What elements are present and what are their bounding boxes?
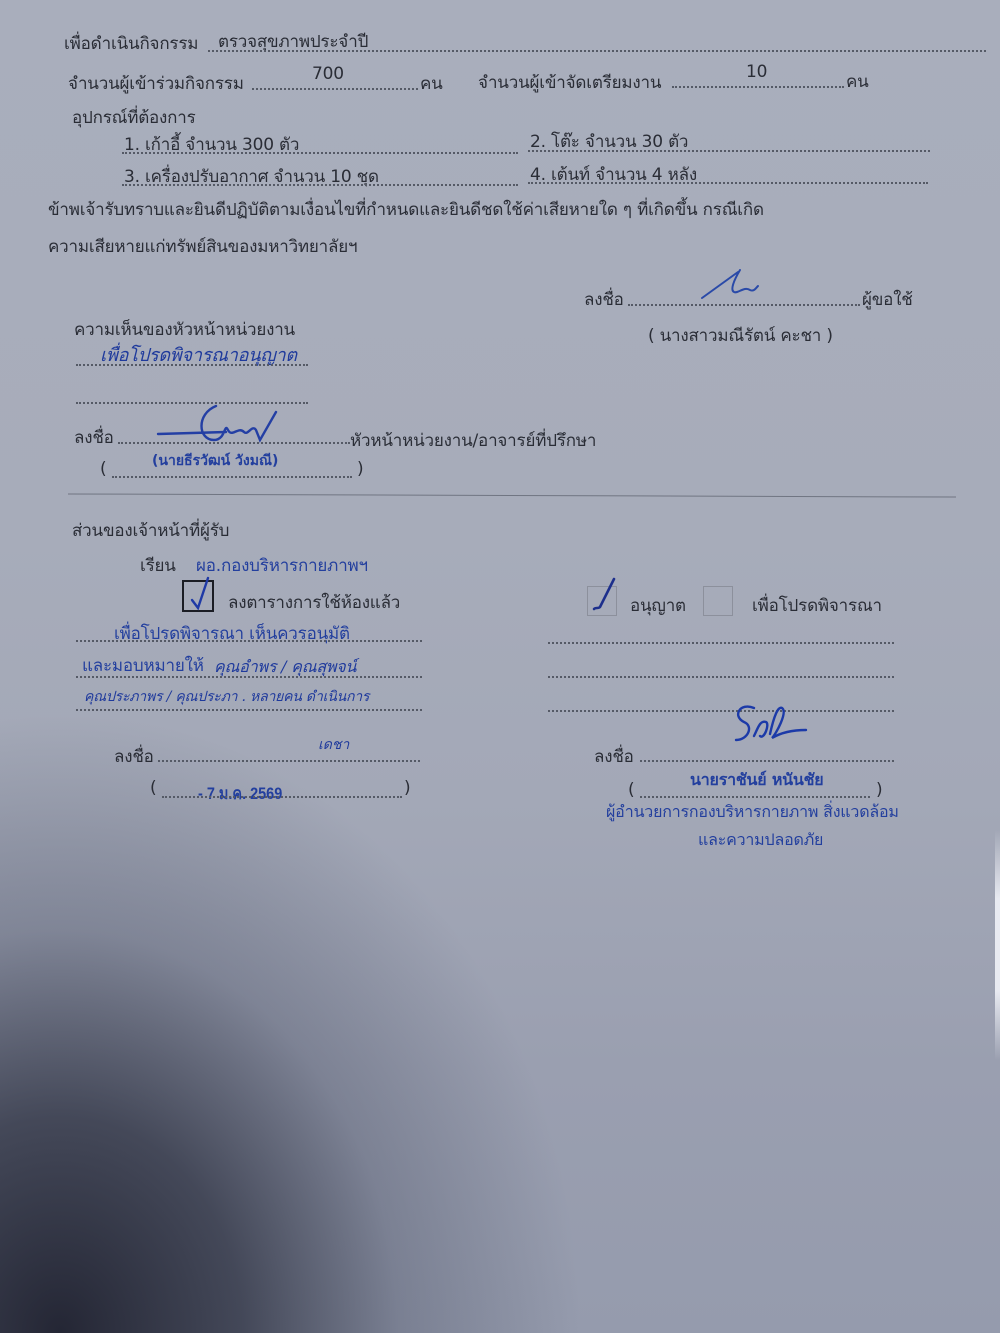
director-title-line1: ผู้อำนวยการกองบริหารกายภาพ สิ่งแวดล้อม [606, 800, 899, 825]
document-page: เพื่อดำเนินกิจกรรม ตรวจสุขภาพประจำปี จำน… [0, 0, 1000, 1333]
receiver-section-title: ส่วนของเจ้าหน้าที่ผู้รับ [72, 517, 229, 544]
receiver-to-value: ผอ.กองบริหารกายภาพฯ [196, 552, 368, 579]
receiver-note-line1: เพื่อโปรดพิจารณา เห็นควรอนุมัติ [114, 620, 350, 647]
paper-edge-highlight [995, 830, 1000, 1060]
receiver-signature: เดชา [318, 734, 349, 756]
requester-sign-label: ลงชื่อ [584, 286, 624, 313]
equipment-label: อุปกรณ์ที่ต้องการ [72, 104, 196, 131]
director-name: นายราชันย์ หนันชัย [690, 768, 823, 793]
receiver-date-open-paren: ( [150, 778, 156, 798]
agreement-text-line1: ข้าพเจ้ารับทราบและยินดีปฏิบัติตามเงื่อนไ… [48, 196, 764, 223]
participants-unit: คน [420, 70, 443, 97]
head-role: หัวหน้าหน่วยงาน/อาจารย์ที่ปรึกษา [350, 427, 596, 454]
consider-checkbox-label: เพื่อโปรดพิจารณา [752, 592, 882, 619]
participants-value: 700 [312, 64, 344, 84]
staff-unit: คน [846, 68, 869, 95]
participants-label: จำนวนผู้เข้าร่วมกิจกรรม [68, 70, 244, 97]
receiver-note-line2-prefix: และมอบหมายให้ [82, 652, 204, 679]
director-name-open-paren: ( [628, 780, 634, 800]
participants-dotted-line [252, 88, 418, 90]
director-signature [730, 700, 810, 750]
head-name-close-paren: ) [357, 459, 363, 479]
receiver-sign-line [158, 760, 420, 762]
receiver-sign-label: ลงชื่อ [114, 743, 154, 770]
head-sign-label: ลงชื่อ [74, 424, 114, 451]
equipment-dotted-line-3 [122, 184, 518, 186]
head-name-stamp: (นายธีรวัฒน์ วังมณี) [152, 450, 278, 472]
checkmark-icon [186, 574, 214, 606]
receiver-date-stamp: - 7 ม.ค. 2569 [198, 780, 282, 807]
receiver-note-dotted-line-2 [76, 676, 422, 678]
requester-name: ( นางสาวมณีรัตน์ คะชา ) [648, 322, 833, 349]
head-name-open-paren: ( [100, 459, 106, 479]
equipment-dotted-line-2 [528, 150, 930, 152]
director-sign-label: ลงชื่อ [594, 743, 634, 770]
checkmark-icon [588, 587, 618, 617]
head-opinion-label: ความเห็นของหัวหน้าหน่วยงาน [74, 316, 295, 343]
section-divider [68, 493, 956, 497]
requester-signature [700, 266, 760, 302]
staff-value: 10 [746, 62, 767, 82]
receiver-note-line3-handwritten: คุณประภาพร / คุณประภา . หลายคน ดำเนินการ [84, 686, 369, 708]
staff-dotted-line [672, 86, 844, 88]
receiver-date-line [162, 796, 402, 798]
activity-label: เพื่อดำเนินกิจกรรม [64, 30, 198, 57]
requester-sign-line [628, 304, 860, 306]
requester-role: ผู้ขอใช้ [862, 286, 913, 313]
director-sign-line [640, 760, 894, 762]
activity-dotted-line [208, 50, 986, 52]
scheduled-checkbox-label: ลงตารางการใช้ห้องแล้ว [228, 589, 400, 616]
approve-checkbox[interactable] [587, 586, 617, 616]
scheduled-checkbox[interactable] [182, 580, 214, 612]
receiver-note-dotted-line-3 [76, 709, 422, 711]
staff-label: จำนวนผู้เข้าจัดเตรียมงาน [478, 69, 661, 96]
director-title-line2: และความปลอดภัย [698, 828, 823, 853]
approve-checkbox-label: อนุญาต [630, 592, 686, 619]
equipment-dotted-line-1 [122, 152, 518, 154]
director-dotted-line-2 [548, 676, 894, 678]
consider-checkbox[interactable] [703, 586, 733, 616]
head-signature [156, 400, 286, 446]
head-name-line [112, 476, 352, 478]
head-opinion-dotted-line-1 [76, 364, 308, 366]
agreement-text-line2: ความเสียหายแก่ทรัพย์สินของมหาวิทยาลัยฯ [48, 233, 357, 260]
director-name-close-paren: ) [876, 780, 882, 800]
director-dotted-line-1 [548, 642, 894, 644]
receiver-note-dotted-line-1 [76, 640, 422, 642]
director-name-line [640, 796, 870, 798]
receiver-date-close-paren: ) [404, 778, 410, 798]
receiver-to-label: เรียน [140, 552, 176, 579]
equipment-dotted-line-4 [528, 182, 928, 184]
director-dotted-line-3 [548, 710, 894, 712]
